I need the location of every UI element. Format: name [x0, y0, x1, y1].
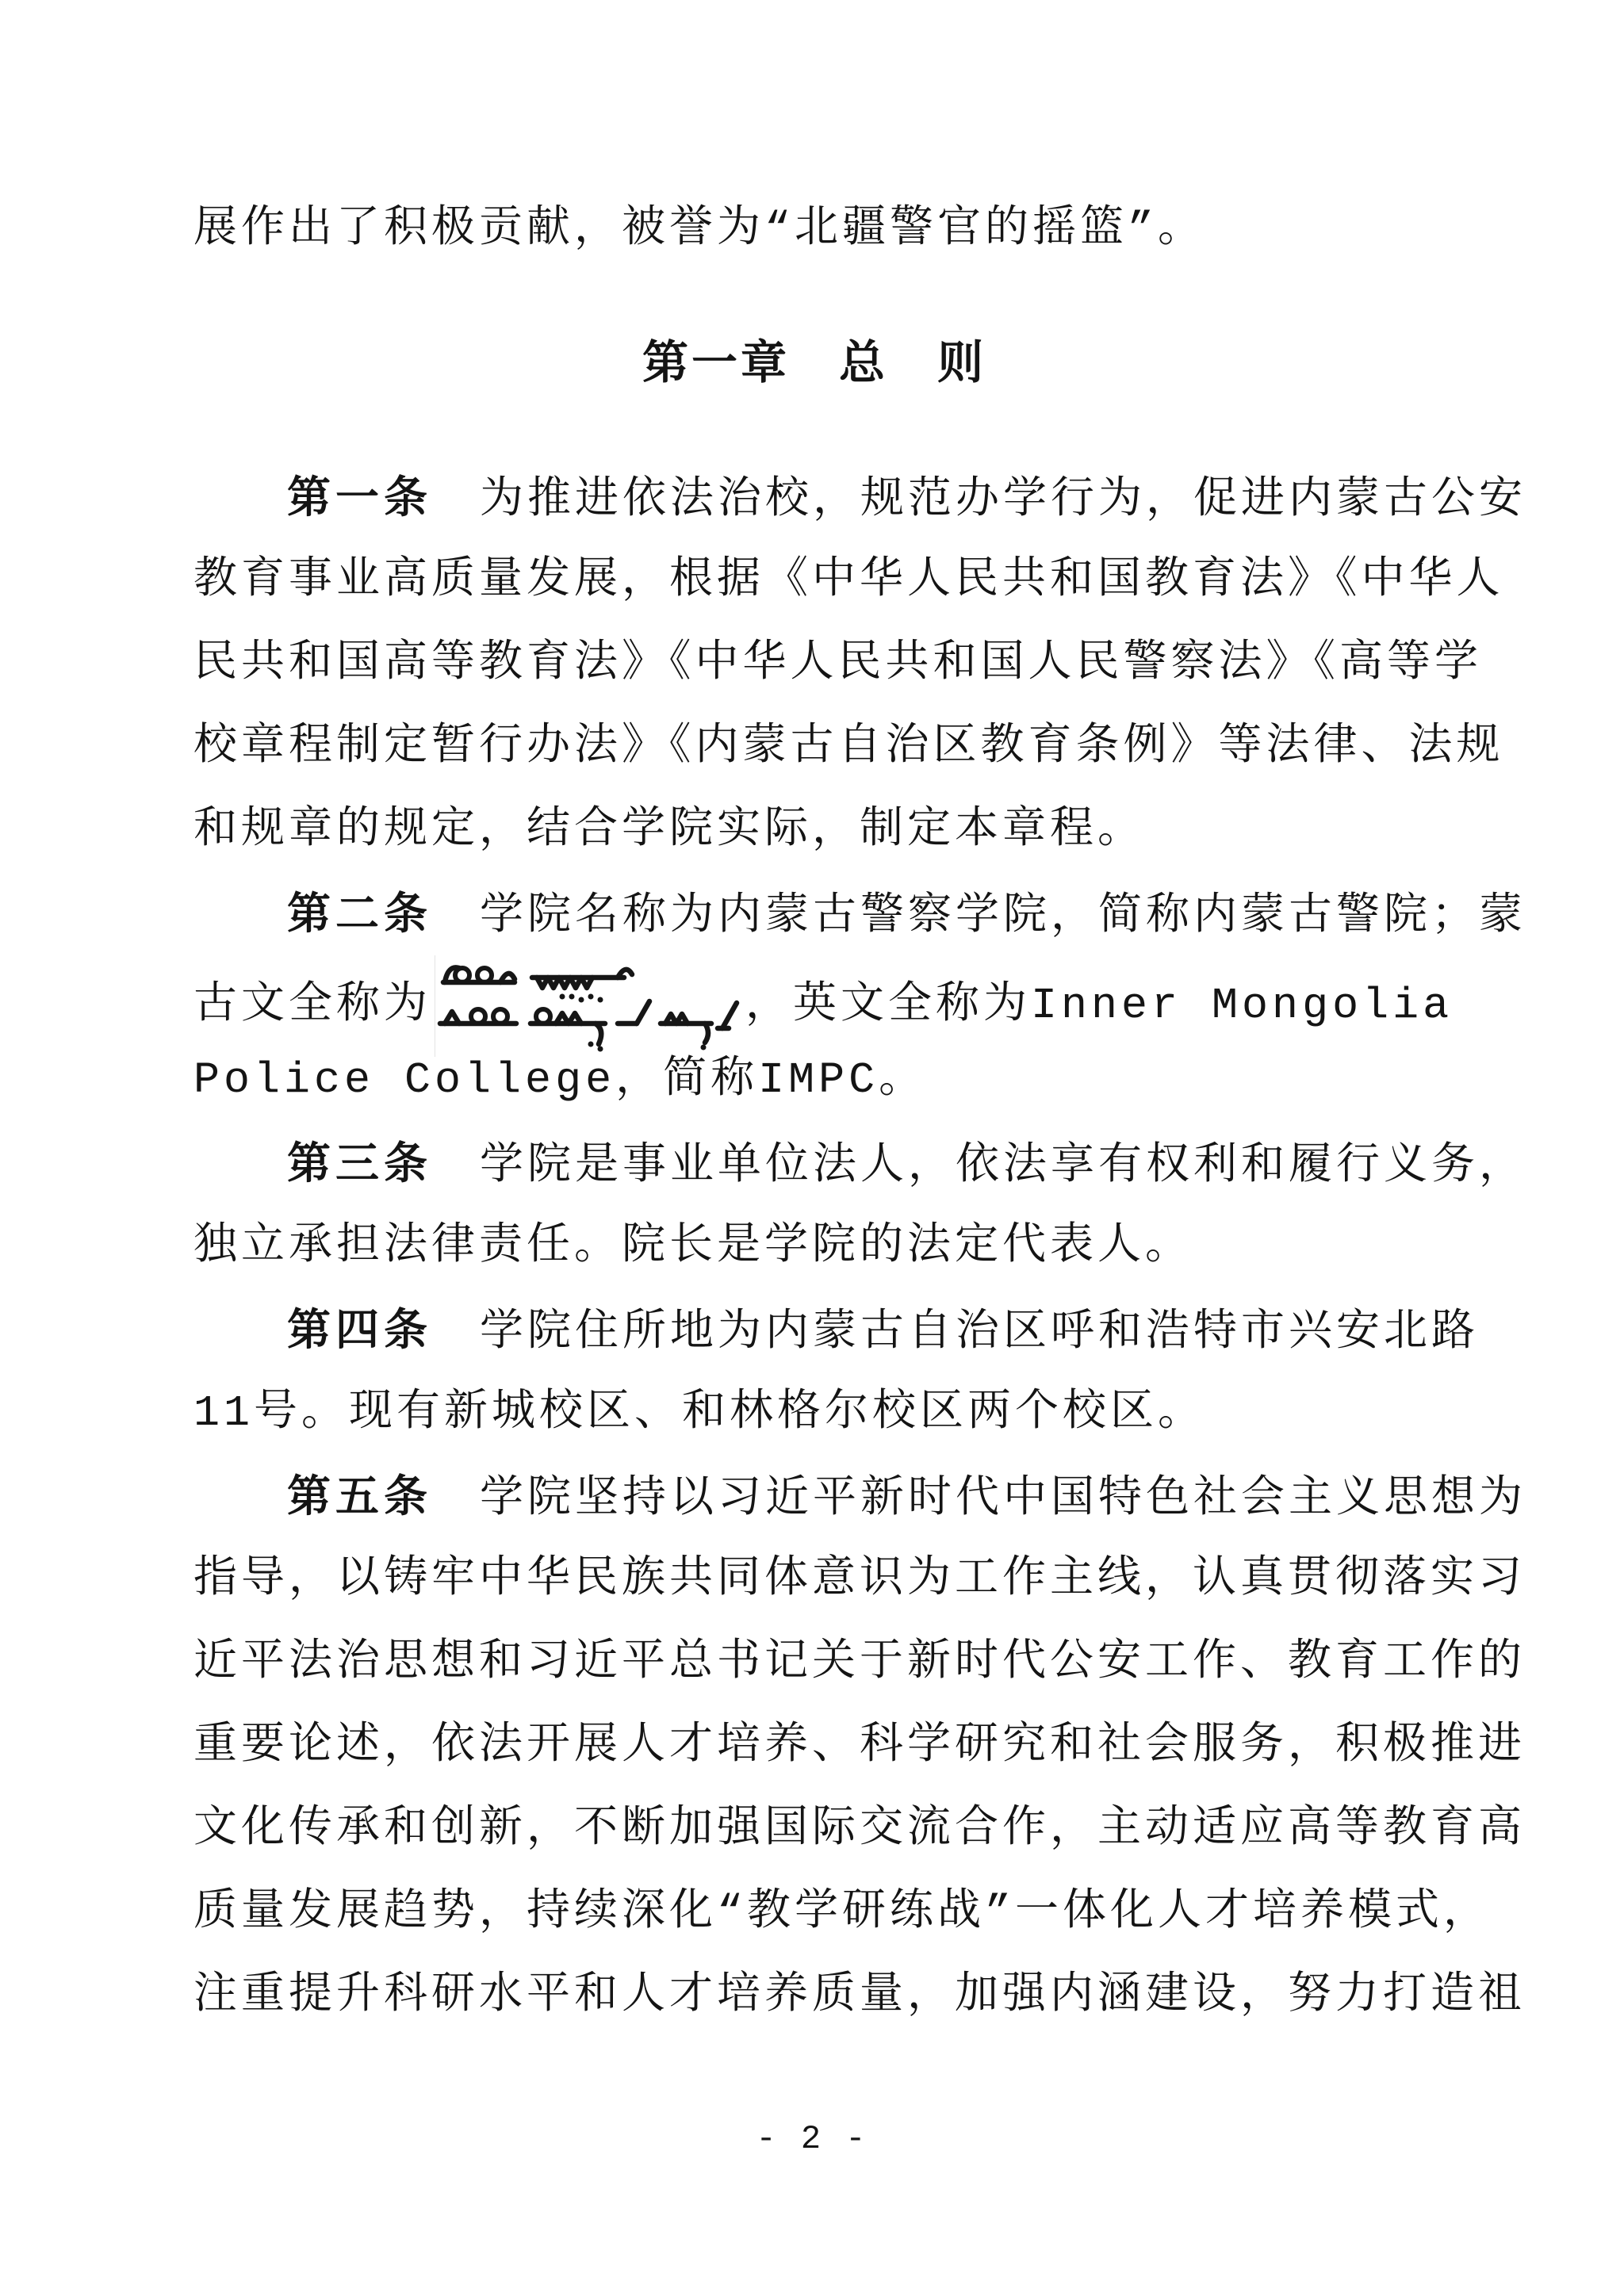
body-line: 展作出了积极贡献，被誉为“北疆警官的摇篮”。 — [193, 188, 1435, 271]
body-line: Police College，简称IMPC。 — [193, 1039, 1435, 1122]
body-line: 文化传承和创新，不断加强国际交流合作，主动适应高等教育高 — [193, 1788, 1435, 1871]
line-text: 学院坚持以习近平新时代中国特色社会主义思想为 — [432, 1475, 1526, 1525]
line-text: 学院住所地为内蒙古自治区呼和浩特市兴安北路 — [432, 1308, 1479, 1358]
paragraph-first-line: 第二条 学院名称为内蒙古警察学院，简称内蒙古警院；蒙 — [193, 872, 1435, 955]
line-text: 古文全称为 — [193, 981, 431, 1031]
line-text: 为推进依法治校，规范办学行为，促进内蒙古公安 — [432, 476, 1526, 526]
body-line: 独立承担法律责任。院长是学院的法定代表人。 — [193, 1205, 1435, 1288]
document-page: 展作出了积极贡献，被誉为“北疆警官的摇篮”。 第一章 总 则 第一条 为推进依法… — [0, 0, 1624, 2296]
page-number: - 2 - — [0, 2115, 1624, 2163]
body-line: 和规章的规定，结合学院实际，制定本章程。 — [193, 789, 1435, 872]
paragraph-first-line: 第三条 学院是事业单位法人，依法享有权利和履行义务， — [193, 1122, 1435, 1205]
article-number: 第四条 — [287, 1305, 432, 1354]
body-line: 质量发展趋势，持续深化“教学研练战”一体化人才培养模式， — [193, 1871, 1435, 1954]
body-line: 近平法治思想和习近平总书记关于新时代公安工作、教育工作的 — [193, 1621, 1435, 1705]
body-line: 重要论述，依法开展人才培养、科学研究和社会服务，积极推进 — [193, 1705, 1435, 1788]
line-text: 学院是事业单位法人，依法享有权利和履行义务， — [432, 1142, 1526, 1192]
body-line: 民共和国高等教育法》《中华人民共和国人民警察法》《高等学 — [193, 622, 1435, 706]
article-number: 第三条 — [287, 1138, 432, 1188]
body-line: 教育事业高质量发展，根据《中华人民共和国教育法》《中华人 — [193, 539, 1435, 622]
line-text: ，英文全称为Inner Mongolia — [745, 981, 1453, 1031]
article-number: 第二条 — [287, 889, 432, 938]
body-line: 校章程制定暂行办法》《内蒙古自治区教育条例》等法律、法规 — [193, 706, 1435, 789]
paragraph-first-line: 第五条 学院坚持以习近平新时代中国特色社会主义思想为 — [193, 1455, 1435, 1538]
article-number: 第五条 — [287, 1471, 432, 1521]
article-number: 第一条 — [287, 473, 432, 522]
line-text: 学院名称为内蒙古警察学院，简称内蒙古警院；蒙 — [432, 892, 1526, 942]
body-line: 11号。现有新城校区、和林格尔校区两个校区。 — [193, 1372, 1435, 1455]
body-line: 注重提升科研水平和人才培养质量，加强内涵建设，努力打造祖 — [193, 1954, 1435, 2038]
document-body: 展作出了积极贡献，被誉为“北疆警官的摇篮”。 第一章 总 则 第一条 为推进依法… — [193, 188, 1435, 2038]
chapter-heading: 第一章 总 则 — [193, 321, 1435, 404]
paragraph-first-line: 第一条 为推进依法治校，规范办学行为，促进内蒙古公安 — [193, 456, 1435, 539]
mongolian-name-line: 古文全称为 — [193, 955, 1435, 1039]
paragraph-first-line: 第四条 学院住所地为内蒙古自治区呼和浩特市兴安北路 — [193, 1288, 1435, 1372]
body-line: 指导，以铸牢中华民族共同体意识为工作主线，认真贯彻落实习 — [193, 1538, 1435, 1621]
